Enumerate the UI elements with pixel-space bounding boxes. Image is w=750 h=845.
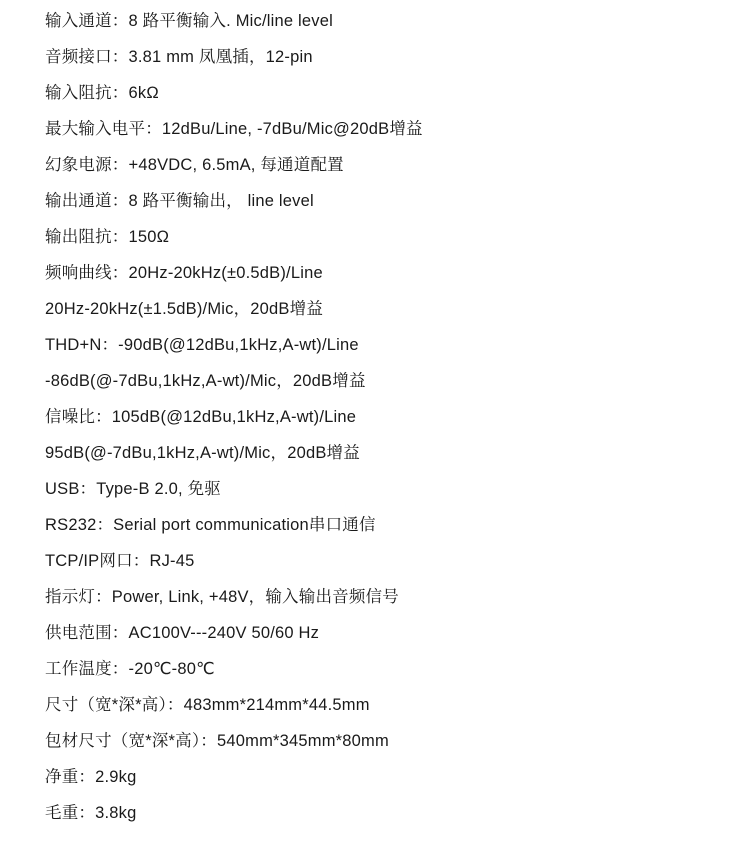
spec-line-freq-response: 频响曲线：20Hz-20kHz(±0.5dB)/Line — [45, 255, 730, 291]
spec-line-indicators: 指示灯：Power, Link, +48V，输入输出音频信号 — [45, 579, 730, 615]
spec-line-usb: USB：Type-B 2.0, 免驱 — [45, 471, 730, 507]
spec-line-power-range: 供电范围：AC100V---240V 50/60 Hz — [45, 615, 730, 651]
spec-line-tcpip: TCP/IP网口：RJ-45 — [45, 543, 730, 579]
spec-line-dimensions: 尺寸（宽*深*高）：483mm*214mm*44.5mm — [45, 687, 730, 723]
spec-line-package-dimensions: 包材尺寸（宽*深*高）：540mm*345mm*80mm — [45, 723, 730, 759]
spec-line-operating-temp: 工作温度：-20℃-80℃ — [45, 651, 730, 687]
spec-line-gross-weight: 毛重：3.8kg — [45, 795, 730, 831]
spec-line-input-impedance: 输入阻抗：6kΩ — [45, 75, 730, 111]
spec-sheet: 输入通道：8 路平衡输入. Mic/line level 音频接口：3.81 m… — [0, 0, 750, 845]
spec-line-thd-n: THD+N：-90dB(@12dBu,1kHz,A-wt)/Line — [45, 327, 730, 363]
spec-line-phantom-power: 幻象电源：+48VDC, 6.5mA, 每通道配置 — [45, 147, 730, 183]
spec-line-snr: 信噪比：105dB(@12dBu,1kHz,A-wt)/Line — [45, 399, 730, 435]
spec-line-max-input-level: 最大输入电平：12dBu/Line, -7dBu/Mic@20dB增益 — [45, 111, 730, 147]
spec-line-audio-interface: 音频接口：3.81 mm 凤凰插，12-pin — [45, 39, 730, 75]
spec-line-thd-n-mic: -86dB(@-7dBu,1kHz,A-wt)/Mic，20dB增益 — [45, 363, 730, 399]
spec-line-snr-mic: 95dB(@-7dBu,1kHz,A-wt)/Mic，20dB增益 — [45, 435, 730, 471]
spec-line-output-impedance: 输出阻抗：150Ω — [45, 219, 730, 255]
spec-line-input-channels: 输入通道：8 路平衡输入. Mic/line level — [45, 3, 730, 39]
spec-line-rs232: RS232：Serial port communication串口通信 — [45, 507, 730, 543]
spec-line-output-channels: 输出通道：8 路平衡输出， line level — [45, 183, 730, 219]
spec-line-net-weight: 净重：2.9kg — [45, 759, 730, 795]
spec-line-freq-response-mic: 20Hz-20kHz(±1.5dB)/Mic，20dB增益 — [45, 291, 730, 327]
